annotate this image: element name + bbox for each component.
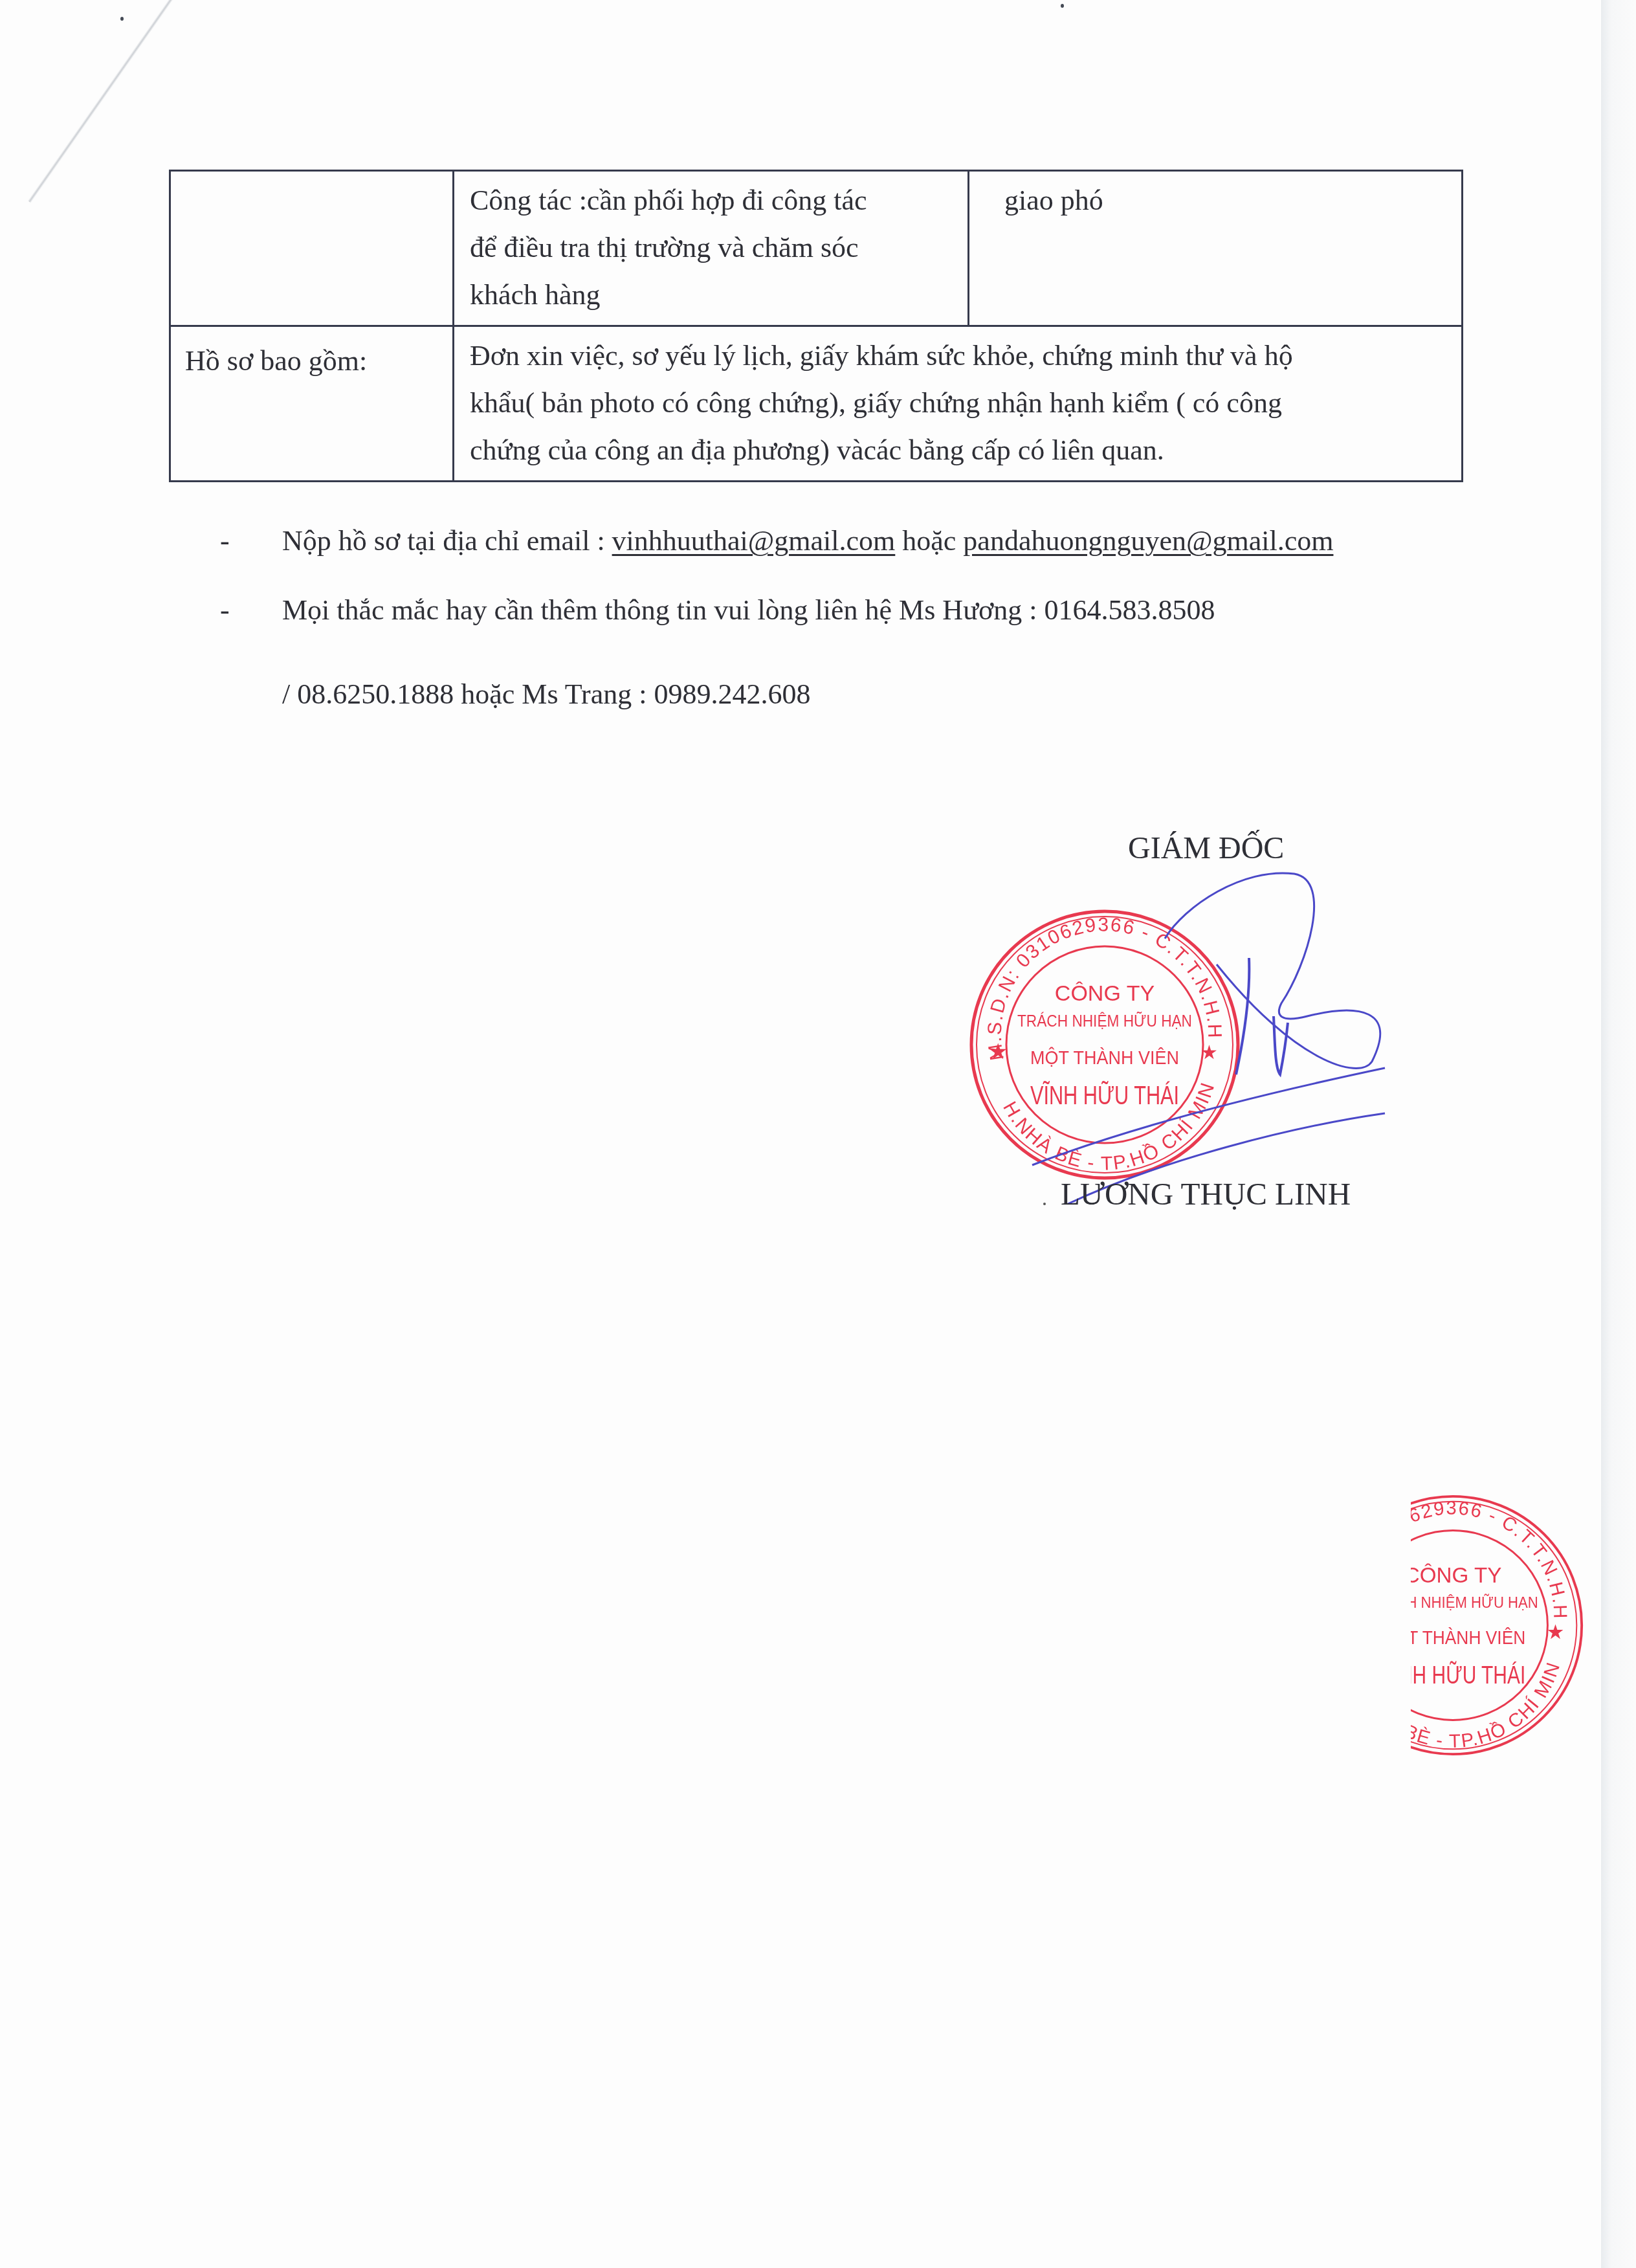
description-line: khẩu( bản photo có công chứng), giấy chứ… [470,379,1448,427]
star-icon: ★ [1546,1621,1564,1643]
table-row: Công tác :cần phối hợp đi công tác để đi… [170,171,1463,326]
requirements-table: Công tác :cần phối hợp đi công tác để đi… [169,170,1463,482]
email-link-1[interactable]: vinhhuuthai@gmail.com [612,525,896,557]
star-icon: ★ [1200,1042,1218,1063]
scan-speck [1061,4,1064,8]
table-row: Hồ sơ bao gồm: Đơn xin việc, sơ yếu lý l… [170,326,1463,482]
bullet-dash: - [220,524,230,557]
row-description-cell: Đơn xin việc, sơ yếu lý lịch, giấy khám … [454,326,1463,482]
email-link-2[interactable]: pandahuongnguyen@gmail.com [963,525,1333,557]
svg-text:CÔNG TY: CÔNG TY [1404,1563,1502,1588]
scan-page-edge [1601,0,1636,2268]
scan-speck [120,17,124,21]
svg-text:TRÁCH NHIỆM HỮU HẠN: TRÁCH NHIỆM HỮU HẠN [1017,1012,1192,1030]
svg-text:VĨNH HỮU THÁI: VĨNH HỮU THÁI [1030,1081,1179,1110]
description-line: khách hàng [470,271,955,318]
bullet-dash: - [220,594,230,627]
company-seal: M.S.D.N: 0310629366 - C.T.T.N.H.H H.NHÀ … [969,909,1241,1181]
svg-text:VĨNH HỮU THÁI: VĨNH HỮU THÁI [1380,1661,1526,1689]
row-description-cell: Công tác :cần phối hợp đi công tác để đi… [454,171,969,326]
bullet-text: Nộp hồ sơ tại địa chỉ email : [282,525,612,557]
row-label-cell [170,171,454,326]
company-seal-edge: M.S.D.N: 0310629366 - C.T.T.N.H.H H.NHÀ … [1320,1493,1586,1758]
bullet-connector: hoặc [895,525,963,557]
star-icon: ★ [988,1039,1008,1064]
description-line: chứng của công an địa phương) vàcác bằng… [470,427,1448,474]
signatory-title: GIÁM ĐỐC [1128,830,1284,866]
row-note-cell: giao phó [969,171,1463,326]
description-line: Đơn xin việc, sơ yếu lý lịch, giấy khám … [470,332,1448,379]
description-line: Công tác :cần phối hợp đi công tác [470,177,955,224]
bullet-text-continuation: / 08.6250.1888 hoặc Ms Trang : 0989.242.… [282,678,810,711]
bullet-text: Mọi thắc mắc hay cần thêm thông tin vui … [282,594,1215,627]
signatory-name: LƯƠNG THỤC LINH [1061,1175,1351,1212]
scan-fold-line [28,0,179,203]
scan-speck [1043,1203,1046,1205]
svg-text:MỘT THÀNH VIÊN: MỘT THÀNH VIÊN [1030,1047,1179,1069]
row-label-cell: Hồ sơ bao gồm: [170,326,454,482]
svg-text:TRÁCH NHIỆM HỮU HẠN: TRÁCH NHIỆM HỮU HẠN [1367,1594,1538,1612]
svg-text:MỘT THÀNH VIÊN: MỘT THÀNH VIÊN [1380,1627,1526,1649]
svg-text:CÔNG TY: CÔNG TY [1055,981,1155,1006]
description-line: để điều tra thị trường và chăm sóc [470,224,955,271]
